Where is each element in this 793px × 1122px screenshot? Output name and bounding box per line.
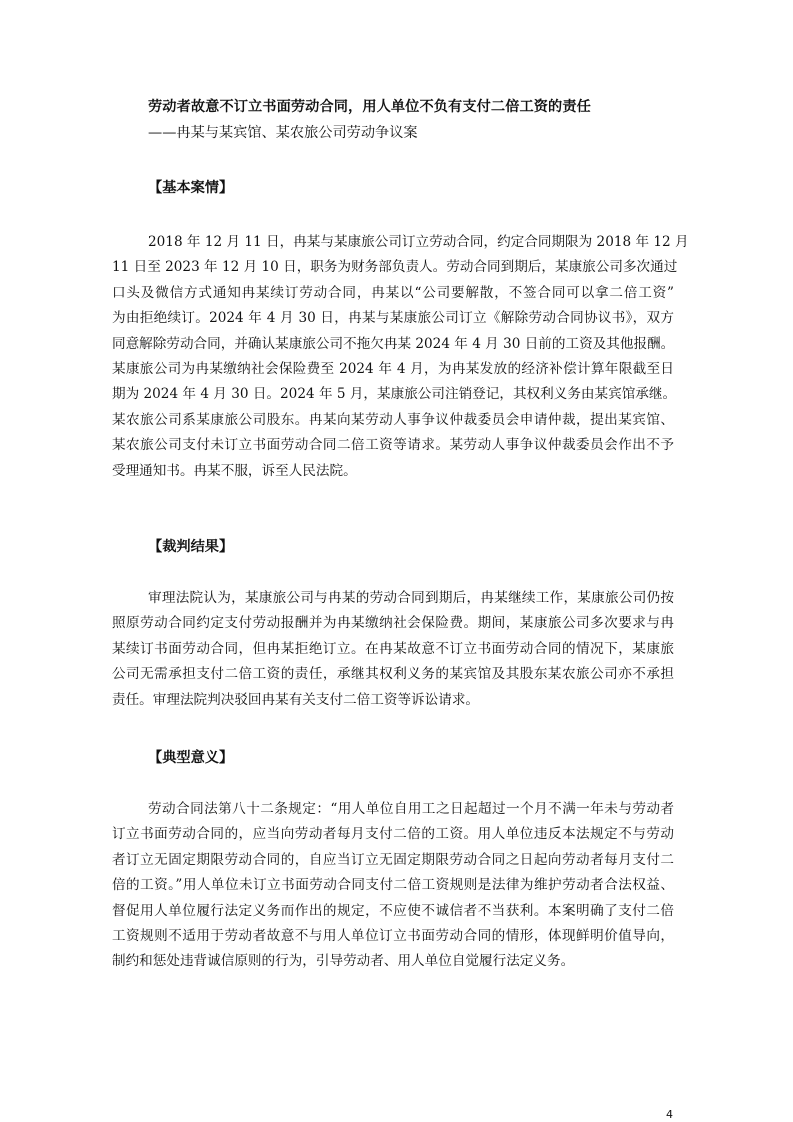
text-line: 者订立无固定期限劳动合同的，自应当订立无固定期限劳动合同之日起向劳动者每月支付二 <box>112 848 674 873</box>
text-line: 倍的工资。”用人单位未订立书面劳动合同支付二倍工资规则是法律为维护劳动者合法权益… <box>112 873 674 898</box>
text-line: 受理通知书。冉某不服，诉至人民法院。 <box>112 459 674 484</box>
text-line: 劳动合同法第八十二条规定：“用人单位自用工之日起超过一个月不满一年未与劳动者 <box>112 797 674 822</box>
text-line: 期为 2024 年 4 月 30 日。2024 年 5 月，某康旅公司注销登记，… <box>112 382 674 407</box>
text-line: 照原劳动合同约定支付劳动报酬并为冉某缴纳社会保险费。期间，某康旅公司多次要求与冉 <box>112 611 674 636</box>
section-heading-basic-facts: 【基本案情】 <box>148 177 233 197</box>
text-line: 公司无需承担支付二倍工资的责任，承继其权利义务的某宾馆及其股东某农旅公司亦不承担 <box>112 662 674 687</box>
section-heading-significance: 【典型意义】 <box>148 747 233 767</box>
section-body-significance: 劳动合同法第八十二条规定：“用人单位自用工之日起超过一个月不满一年未与劳动者 订… <box>112 797 674 975</box>
text-line: 督促用人单位履行法定义务而作出的规定，不应使不诚信者不当获利。本案明确了支付二倍 <box>112 899 674 924</box>
text-line: 审理法院认为，某康旅公司与冉某的劳动合同到期后，冉某继续工作，某康旅公司仍按 <box>112 586 674 611</box>
text-line: 11 日至 2023 年 12 月 10 日，职务为财务部负责人。劳动合同到期后… <box>112 255 674 280</box>
text-line: 责任。审理法院判决驳回冉某有关支付二倍工资等诉讼请求。 <box>112 688 674 713</box>
text-line: 同意解除劳动合同，并确认某康旅公司不拖欠冉某 2024 年 4 月 30 日前的… <box>112 332 674 357</box>
text-line: 工资规则不适用于劳动者故意不与用人单位订立书面劳动合同的情形，体现鲜明价值导向， <box>112 924 674 949</box>
text-line: 某农旅公司支付未订立书面劳动合同二倍工资等请求。某劳动人事争议仲裁委员会作出不予 <box>112 433 674 458</box>
section-heading-judgment: 【裁判结果】 <box>148 536 233 556</box>
text-line: 为由拒绝续订。2024 年 4 月 30 日，冉某与某康旅公司订立《解除劳动合同… <box>112 306 674 331</box>
text-line: 某农旅公司系某康旅公司股东。冉某向某劳动人事争议仲裁委员会申请仲裁，提出某宾馆、 <box>112 408 674 433</box>
text-line: 口头及微信方式通知冉某续订劳动合同，冉某以“公司要解散，不签合同可以拿二倍工资” <box>112 281 674 306</box>
document-subtitle: ——冉某与某宾馆、某农旅公司劳动争议案 <box>148 122 418 142</box>
document-title: 劳动者故意不订立书面劳动合同，用人单位不负有支付二倍工资的责任 <box>148 96 591 116</box>
text-line: 某续订书面劳动合同，但冉某拒绝订立。在冉某故意不订立书面劳动合同的情况下，某康旅 <box>112 637 674 662</box>
text-line: 某康旅公司为冉某缴纳社会保险费至 2024 年 4 月，为冉某发放的经济补偿计算… <box>112 357 674 382</box>
section-body-basic-facts: 2018 年 12 月 11 日，冉某与某康旅公司订立劳动合同，约定合同期限为 … <box>112 230 674 484</box>
section-body-judgment: 审理法院认为，某康旅公司与冉某的劳动合同到期后，冉某继续工作，某康旅公司仍按 照… <box>112 586 674 713</box>
text-line: 2018 年 12 月 11 日，冉某与某康旅公司订立劳动合同，约定合同期限为 … <box>112 230 674 255</box>
page-number: 4 <box>666 1108 673 1121</box>
text-line: 订立书面劳动合同的，应当向劳动者每月支付二倍的工资。用人单位违反本法规定不与劳动 <box>112 822 674 847</box>
text-line: 制约和惩处违背诚信原则的行为，引导劳动者、用人单位自觉履行法定义务。 <box>112 949 674 974</box>
